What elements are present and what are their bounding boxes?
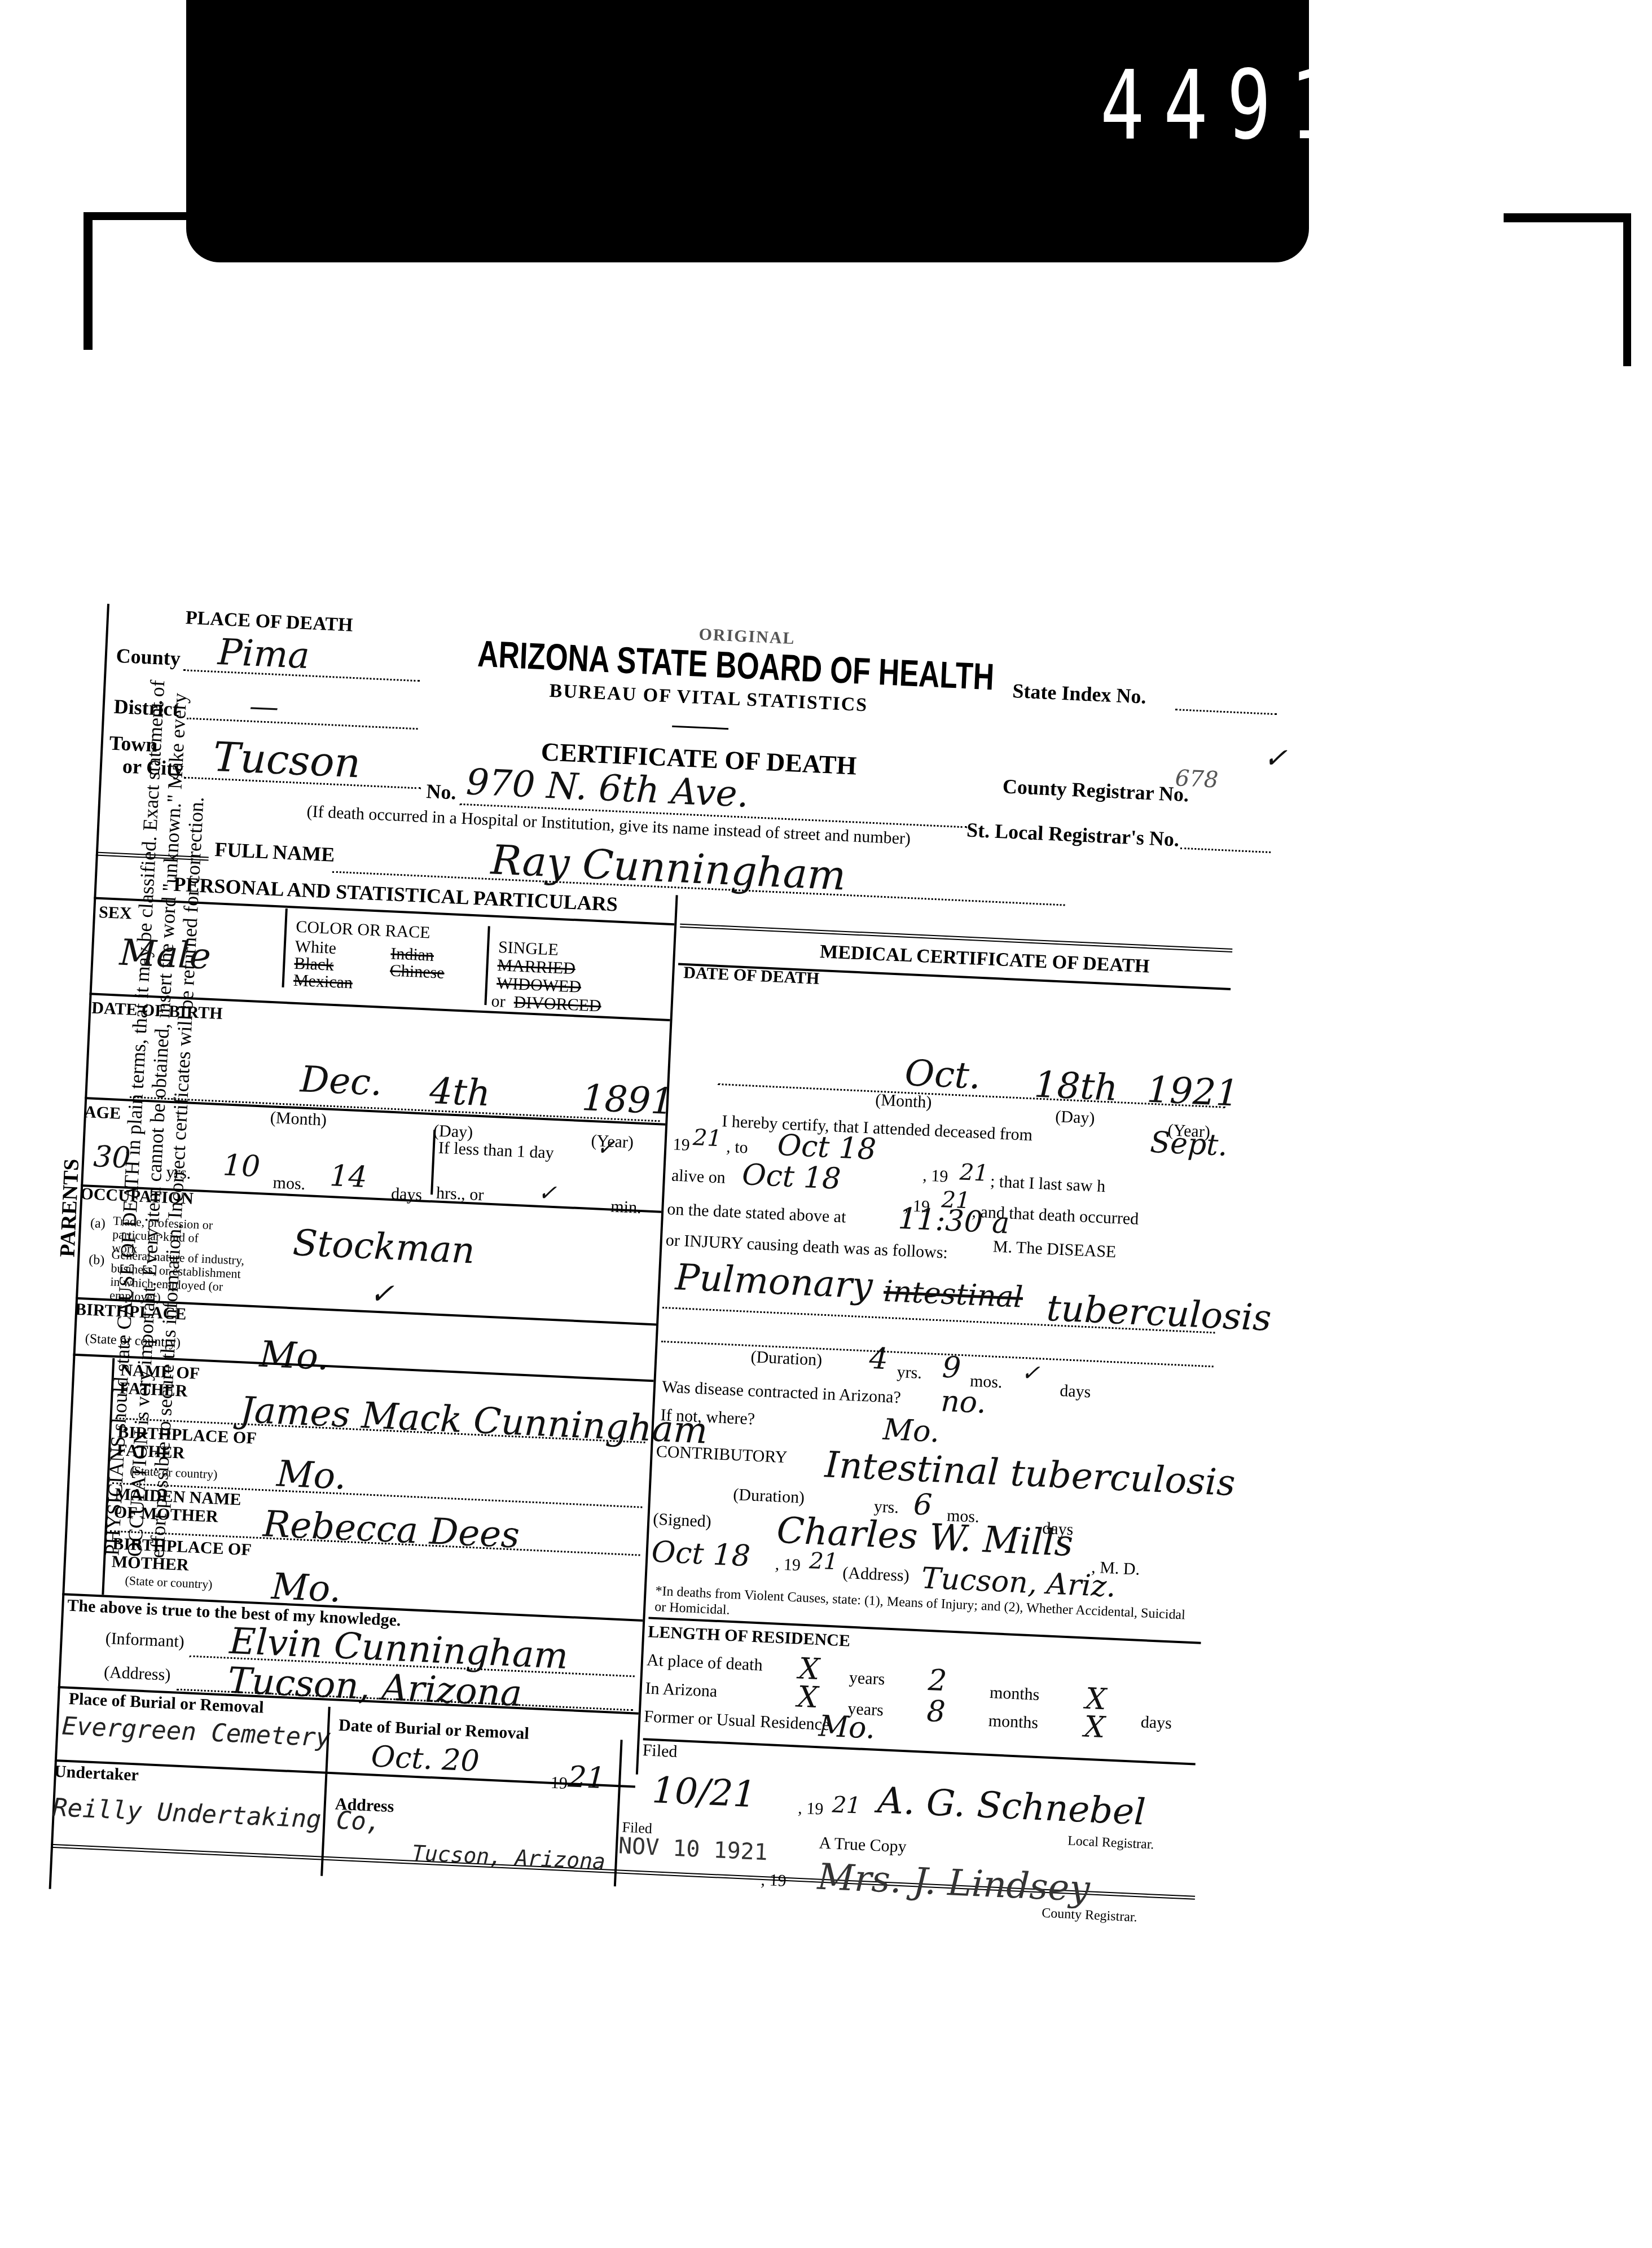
cause-duration-days[interactable]: ✓ — [1021, 1360, 1041, 1386]
signed-label: (Signed) — [653, 1510, 712, 1532]
less-than-day-label: If less than 1 day — [438, 1139, 554, 1163]
filed-label: Filed — [642, 1741, 678, 1762]
local-registrar-signature[interactable]: A. G. Schnebel — [877, 1780, 1147, 1834]
min-label: min. — [610, 1197, 642, 1218]
local-registrar-field[interactable] — [1180, 848, 1271, 853]
dod-year[interactable]: 1921 — [1146, 1069, 1240, 1115]
county-label: County — [116, 644, 181, 670]
place-of-death-label: PLACE OF DEATH — [185, 607, 353, 636]
cause-struck-word[interactable]: intestinal — [883, 1275, 1024, 1315]
cause-line-2 — [661, 1341, 1214, 1367]
full-name-rule — [96, 852, 209, 861]
filed-date[interactable]: 10/21 — [651, 1770, 757, 1816]
time-value[interactable]: 11:30 a — [898, 1202, 1010, 1241]
undertaker-value[interactable]: Reilly Undertaking Co, — [52, 1793, 382, 1837]
occ-b-marker: (b) — [89, 1253, 105, 1268]
cause-word-1[interactable]: Pulmonary — [674, 1257, 873, 1307]
burial-date-label: Date of Burial or Removal — [338, 1716, 529, 1744]
contrib-duration-label: (Duration) — [733, 1485, 805, 1508]
mother-birthplace-caption: (State or country) — [125, 1573, 213, 1592]
residence-arizona-days-label: days — [1140, 1713, 1172, 1733]
attended-from-year[interactable]: 21 — [692, 1125, 722, 1152]
signed-date[interactable]: Oct 18 — [651, 1535, 751, 1574]
alive-on-value[interactable]: Oct 18 — [741, 1158, 842, 1196]
attended-from-year-prefix: 19 — [673, 1135, 691, 1154]
cause-days-label: days — [1060, 1381, 1091, 1402]
county-filed-stamp: NOV 10 1921 — [618, 1833, 768, 1865]
occ-b-value[interactable]: ✓ — [369, 1276, 395, 1311]
dod-month-caption: (Month) — [875, 1091, 932, 1113]
residence-place-months[interactable]: 2 — [928, 1663, 948, 1698]
county-year-prefix: , 19 — [761, 1871, 787, 1891]
sex-label: SEX — [98, 903, 132, 924]
town-label: Town — [109, 731, 158, 757]
hrs-value[interactable]: ✓ — [537, 1180, 557, 1206]
undertaker-label: Undertaker — [54, 1762, 139, 1785]
attended-to-year[interactable]: 21 — [959, 1160, 989, 1187]
county-registrar-value[interactable]: 678 — [1175, 765, 1219, 793]
residence-arizona-years[interactable]: X — [797, 1680, 819, 1715]
dod-month[interactable]: Oct. — [904, 1052, 982, 1097]
contracted-value[interactable]: no. — [940, 1385, 987, 1421]
alive-on-label: alive on — [671, 1166, 726, 1187]
sex-value[interactable]: Male — [118, 932, 212, 978]
county-registrar-label: County Registrar No. — [1002, 774, 1189, 806]
title-rule — [672, 726, 728, 730]
residence-place-months-label: months — [989, 1683, 1040, 1705]
age-mos-label: mos. — [273, 1173, 306, 1194]
burial-date-value[interactable]: Oct. 20 — [370, 1740, 480, 1779]
birthplace-caption: (State or country) — [85, 1332, 181, 1351]
county-registrar-signature[interactable]: Mrs. J. Lindsey — [816, 1856, 1091, 1910]
last-saw-label: ; that I last saw h — [990, 1172, 1105, 1196]
contributory-label: CONTRIBUTORY — [656, 1442, 788, 1468]
age-yrs-label: yrs. — [166, 1163, 192, 1183]
attended-from[interactable]: Sept. — [1149, 1126, 1228, 1163]
time-label: on the date stated above at — [667, 1200, 847, 1227]
dob-day[interactable]: 4th — [429, 1070, 491, 1115]
mother-birthplace-label: BIRTHPLACE OF MOTHER — [111, 1535, 260, 1578]
informant-address-label: (Address) — [103, 1663, 171, 1685]
age-years[interactable]: 30 — [93, 1140, 131, 1175]
county-value[interactable]: Pima — [217, 631, 311, 677]
race-chinese[interactable]: Chinese — [389, 961, 445, 982]
dob-label: DATE OF BIRTH — [91, 999, 223, 1024]
certify-text: I hereby certify, that I attended deceas… — [722, 1112, 1033, 1145]
street-no-label: No. — [426, 779, 457, 804]
time-suffix: M. The DISEASE — [992, 1237, 1117, 1262]
occupation-label: OCCUPATION — [80, 1184, 194, 1209]
age-months[interactable]: 10 — [222, 1148, 261, 1184]
city-label: or City — [122, 754, 184, 781]
race-marital-divider — [484, 926, 490, 1005]
residence-arizona-label: In Arizona — [645, 1679, 718, 1701]
age-divider — [430, 1130, 436, 1195]
crop-mark-left — [84, 212, 200, 350]
signed-year[interactable]: 21 — [809, 1548, 838, 1575]
father-name-label: NAME OF FATHER — [119, 1361, 234, 1402]
less-than-day-value[interactable]: ✓ — [596, 1134, 616, 1161]
mother-name-label: MAIDEN NAME OF MOTHER — [113, 1485, 262, 1528]
true-copy-label: A True Copy — [819, 1834, 907, 1857]
check-mark: ✓ — [1263, 741, 1288, 775]
father-birthplace-label: BIRTHPLACE OF FATHER — [116, 1423, 265, 1466]
occ-a-marker: (a) — [90, 1216, 106, 1232]
undertaker-address-label: Address — [335, 1795, 394, 1817]
residence-place-years-label: years — [849, 1669, 885, 1689]
dob-month-caption: (Month) — [270, 1108, 327, 1130]
residence-arizona-months[interactable]: 8 — [926, 1694, 946, 1729]
cause-duration-years[interactable]: 4 — [868, 1342, 889, 1376]
county-registrar-sign-label: County Registrar. — [1042, 1906, 1137, 1926]
cause-duration-label: (Duration) — [750, 1347, 823, 1370]
local-registrar-label: St. Local Registrar's No. — [966, 818, 1179, 851]
dod-label: DATE OF DEATH — [683, 963, 820, 989]
marital-divorced-prefix: or — [491, 992, 506, 1012]
residence-place-label: At place of death — [646, 1650, 763, 1675]
death-certificate: PLACE OF DEATH ORIGINAL ARIZONA STATE BO… — [48, 604, 1302, 1966]
dob-line — [130, 1096, 660, 1122]
burial-year[interactable]: 21 — [567, 1760, 606, 1795]
contributory-value[interactable]: Intestinal tuberculosis — [824, 1444, 1236, 1504]
local-registrar-sign-label: Local Registrar. — [1067, 1833, 1154, 1852]
undertaker-top-rule — [55, 1759, 635, 1788]
district-value[interactable]: — — [249, 690, 280, 725]
age-days[interactable]: 14 — [329, 1159, 368, 1195]
informant-label: (Informant) — [105, 1629, 184, 1652]
cause-word-2[interactable]: tuberculosis — [1045, 1288, 1272, 1340]
dod-day-caption: (Day) — [1055, 1107, 1095, 1128]
to-label: , to — [726, 1138, 749, 1158]
dob-month[interactable]: Dec. — [299, 1059, 383, 1104]
scanner-header-band: 4491 — [186, 0, 1309, 262]
state-index-label: State Index No. — [1012, 679, 1147, 709]
dob-year[interactable]: 1891 — [581, 1077, 674, 1123]
batch-number: 4491 — [1100, 49, 1354, 161]
race-mexican[interactable]: Mexican — [293, 971, 353, 993]
sex-race-divider — [282, 908, 287, 987]
birthplace-value[interactable]: Mo. — [258, 1334, 330, 1379]
crop-mark-right — [1504, 213, 1631, 366]
where-value[interactable]: Mo. — [882, 1413, 941, 1449]
district-label: District — [113, 695, 180, 721]
medical-address-label: (Address) — [842, 1564, 910, 1586]
filed-year-prefix: , 19 — [798, 1799, 824, 1819]
filing-top-rule — [643, 1738, 1196, 1765]
contracted-label: Was disease contracted in Arizona? — [661, 1377, 901, 1407]
cause-duration-months[interactable]: 9 — [942, 1351, 962, 1385]
age-label: AGE — [84, 1103, 121, 1123]
signed-year-prefix: , 19 — [775, 1555, 801, 1575]
filed-year[interactable]: 21 — [832, 1792, 862, 1819]
father-birthplace-caption: (State or country) — [130, 1463, 218, 1482]
attended-to-year-prefix: , 19 — [922, 1166, 948, 1187]
state-index-field[interactable] — [1175, 709, 1277, 715]
filing-divider — [614, 1740, 623, 1886]
parents-label: PARENTS — [55, 1158, 84, 1258]
residence-arizona-months-label: months — [988, 1711, 1039, 1733]
residence-arizona-days[interactable]: X — [1083, 1710, 1106, 1745]
full-name-label: FULL NAME — [214, 837, 336, 867]
district-line — [187, 718, 418, 730]
cause-yrs-label: yrs. — [897, 1363, 922, 1383]
occ-a-value[interactable]: Stockman — [292, 1222, 476, 1272]
burial-place-value[interactable]: Evergreen Cemetery — [61, 1711, 332, 1753]
former-residence-value[interactable]: Mo. — [818, 1709, 876, 1745]
